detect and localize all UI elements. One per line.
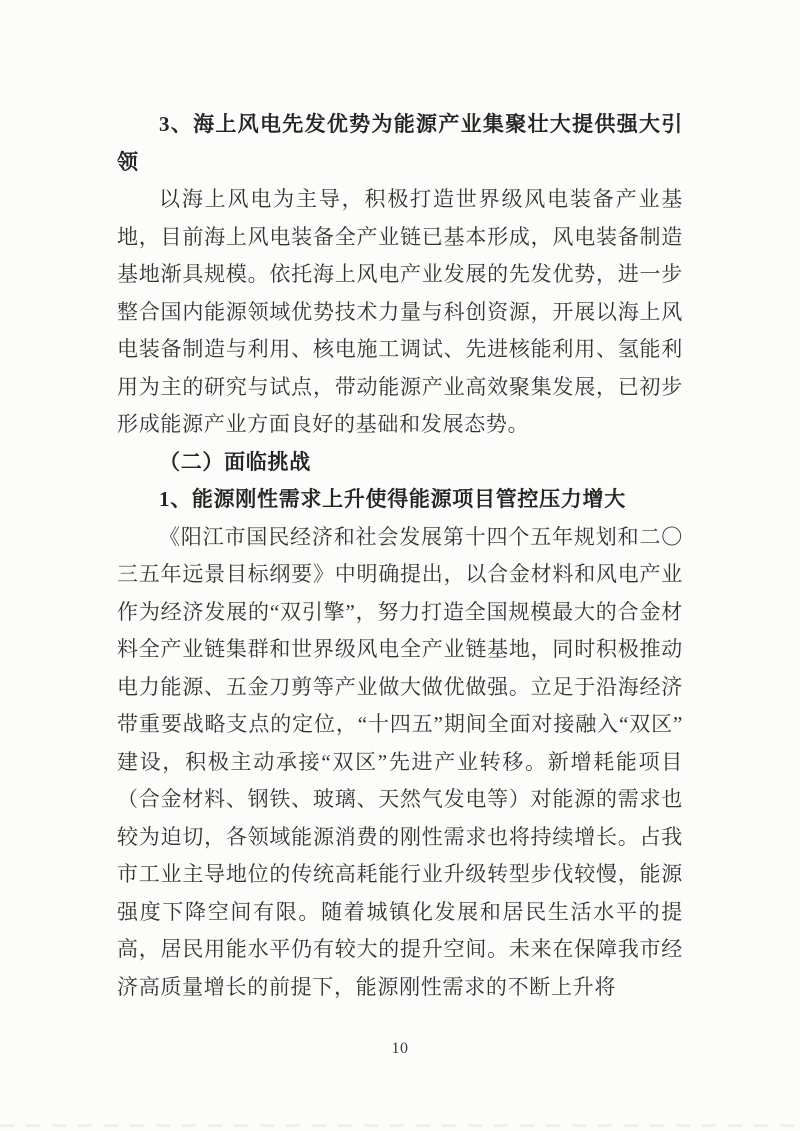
document-text-block: 3、海上风电先发优势为能源产业集聚壮大提供强大引领 以海上风电为主导，积极打造世… [117, 106, 683, 1006]
paragraph-offshore-wind-industry: 以海上风电为主导，积极打造世界级风电装备产业基地，目前海上风电装备全产业链已基本… [117, 181, 683, 444]
heading-rigid-energy-demand: 1、能源刚性需求上升使得能源项目管控压力增大 [117, 481, 683, 519]
heading-section-challenges: （二）面临挑战 [117, 444, 683, 482]
heading-offshore-wind-advantage: 3、海上风电先发优势为能源产业集聚壮大提供强大引领 [117, 106, 683, 181]
document-page: 3、海上风电先发优势为能源产业集聚壮大提供强大引领 以海上风电为主导，积极打造世… [0, 0, 800, 1131]
scan-artifact-band [0, 1124, 800, 1127]
page-number: 10 [0, 1038, 800, 1060]
paragraph-energy-demand-pressure: 《阳江市国民经济和社会发展第十四个五年规划和二〇三五年远景目标纲要》中明确提出，… [117, 519, 683, 1007]
